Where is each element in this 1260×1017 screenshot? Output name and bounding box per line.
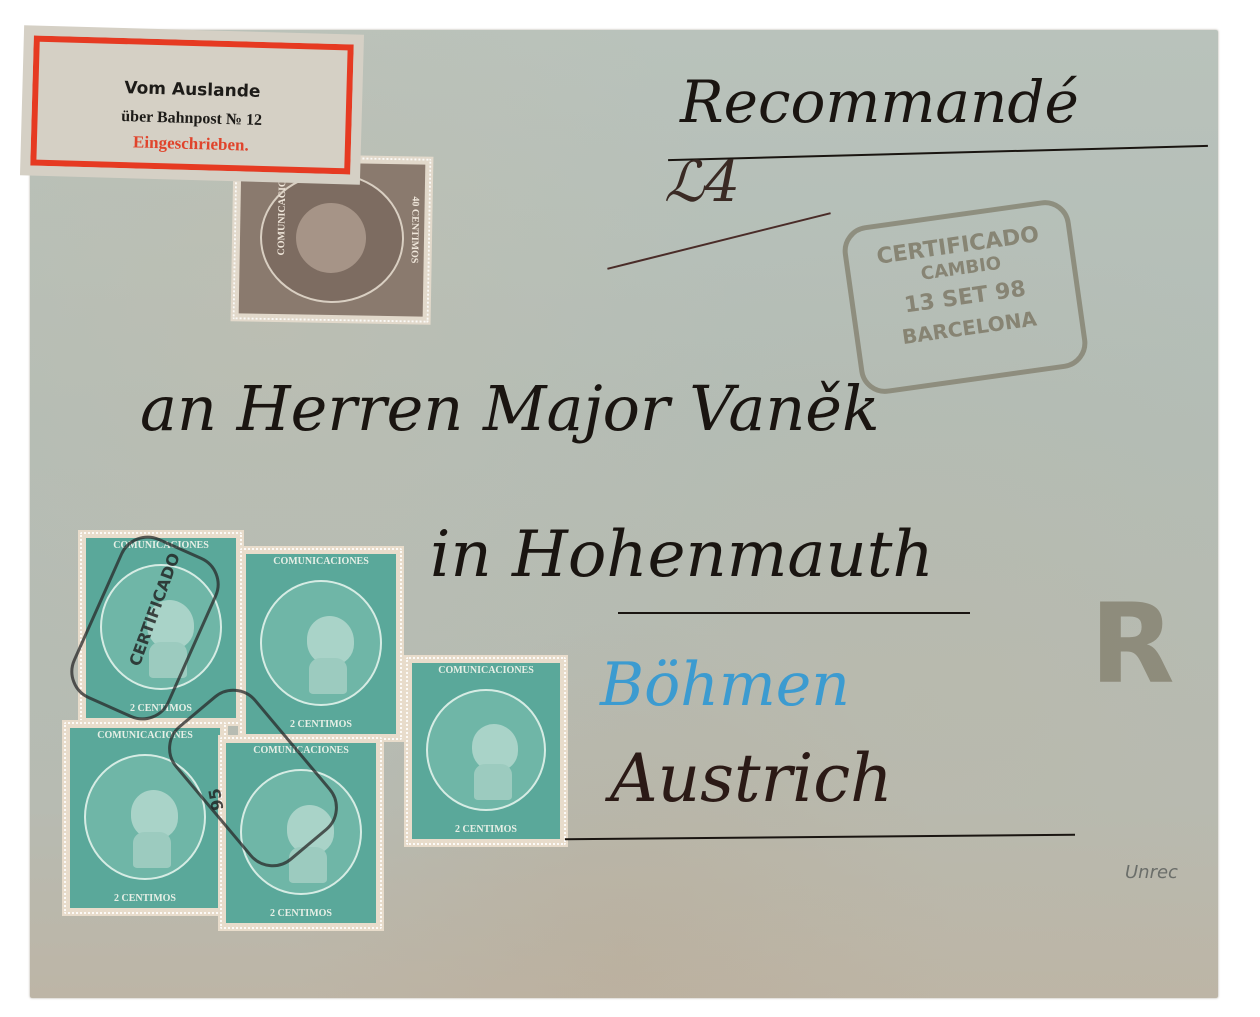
stamp-top-text: COMUNICACIONES — [276, 160, 289, 256]
label-line-2: über Bahnpost № 12 — [37, 106, 345, 133]
address-line-1: an Herren Major Vaněk — [140, 372, 880, 445]
recommande-text: Recommandé — [680, 68, 1079, 136]
stamp-design: COMUNICACIONES 40 CENTIMOS — [239, 161, 426, 316]
portrait-neck — [474, 764, 511, 799]
label-line-1: Vom Auslande — [38, 76, 346, 105]
underline — [618, 612, 970, 614]
stamp-design: COMUNICACIONES 2 CENTIMOS — [246, 554, 396, 734]
stamp-design: COMUNICACIONES 2 CENTIMOS — [412, 663, 560, 839]
portrait-oval — [426, 689, 546, 811]
registration-mark-r: R — [1090, 580, 1175, 708]
stamp-value-text: 40 CENTIMOS — [409, 196, 421, 263]
stamp-top-text: COMUNICACIONES — [412, 665, 560, 676]
stamp-top-text: COMUNICACIONES — [246, 556, 396, 567]
portrait-neck — [309, 658, 347, 695]
portrait-neck — [133, 832, 171, 869]
stamp-40-centimos: COMUNICACIONES 40 CENTIMOS — [231, 153, 434, 324]
address-line-4: Austrich — [610, 740, 893, 817]
stamp-2-centimos: COMUNICACIONES 2 CENTIMOS — [404, 655, 568, 847]
label-line-3: Eingeschrieben. — [37, 130, 345, 159]
stamp-value-text: 2 CENTIMOS — [70, 893, 220, 904]
cancel-year: 95 — [205, 787, 228, 812]
stamp-value-text: 2 CENTIMOS — [412, 824, 560, 835]
certificado-postmark: CERTIFICADO CAMBIO 13 SET 98 BARCELONA — [839, 197, 1090, 397]
registration-label: Vom Auslande über Bahnpost № 12 Eingesch… — [30, 36, 354, 175]
initials: ℒ4 — [664, 150, 740, 215]
address-line-3: Böhmen — [600, 650, 850, 720]
pencil-note: Unrec — [1125, 862, 1178, 883]
portrait-oval — [260, 580, 382, 706]
address-line-2: in Hohenmauth — [430, 518, 934, 592]
stamp-value-text: 2 CENTIMOS — [226, 908, 376, 919]
